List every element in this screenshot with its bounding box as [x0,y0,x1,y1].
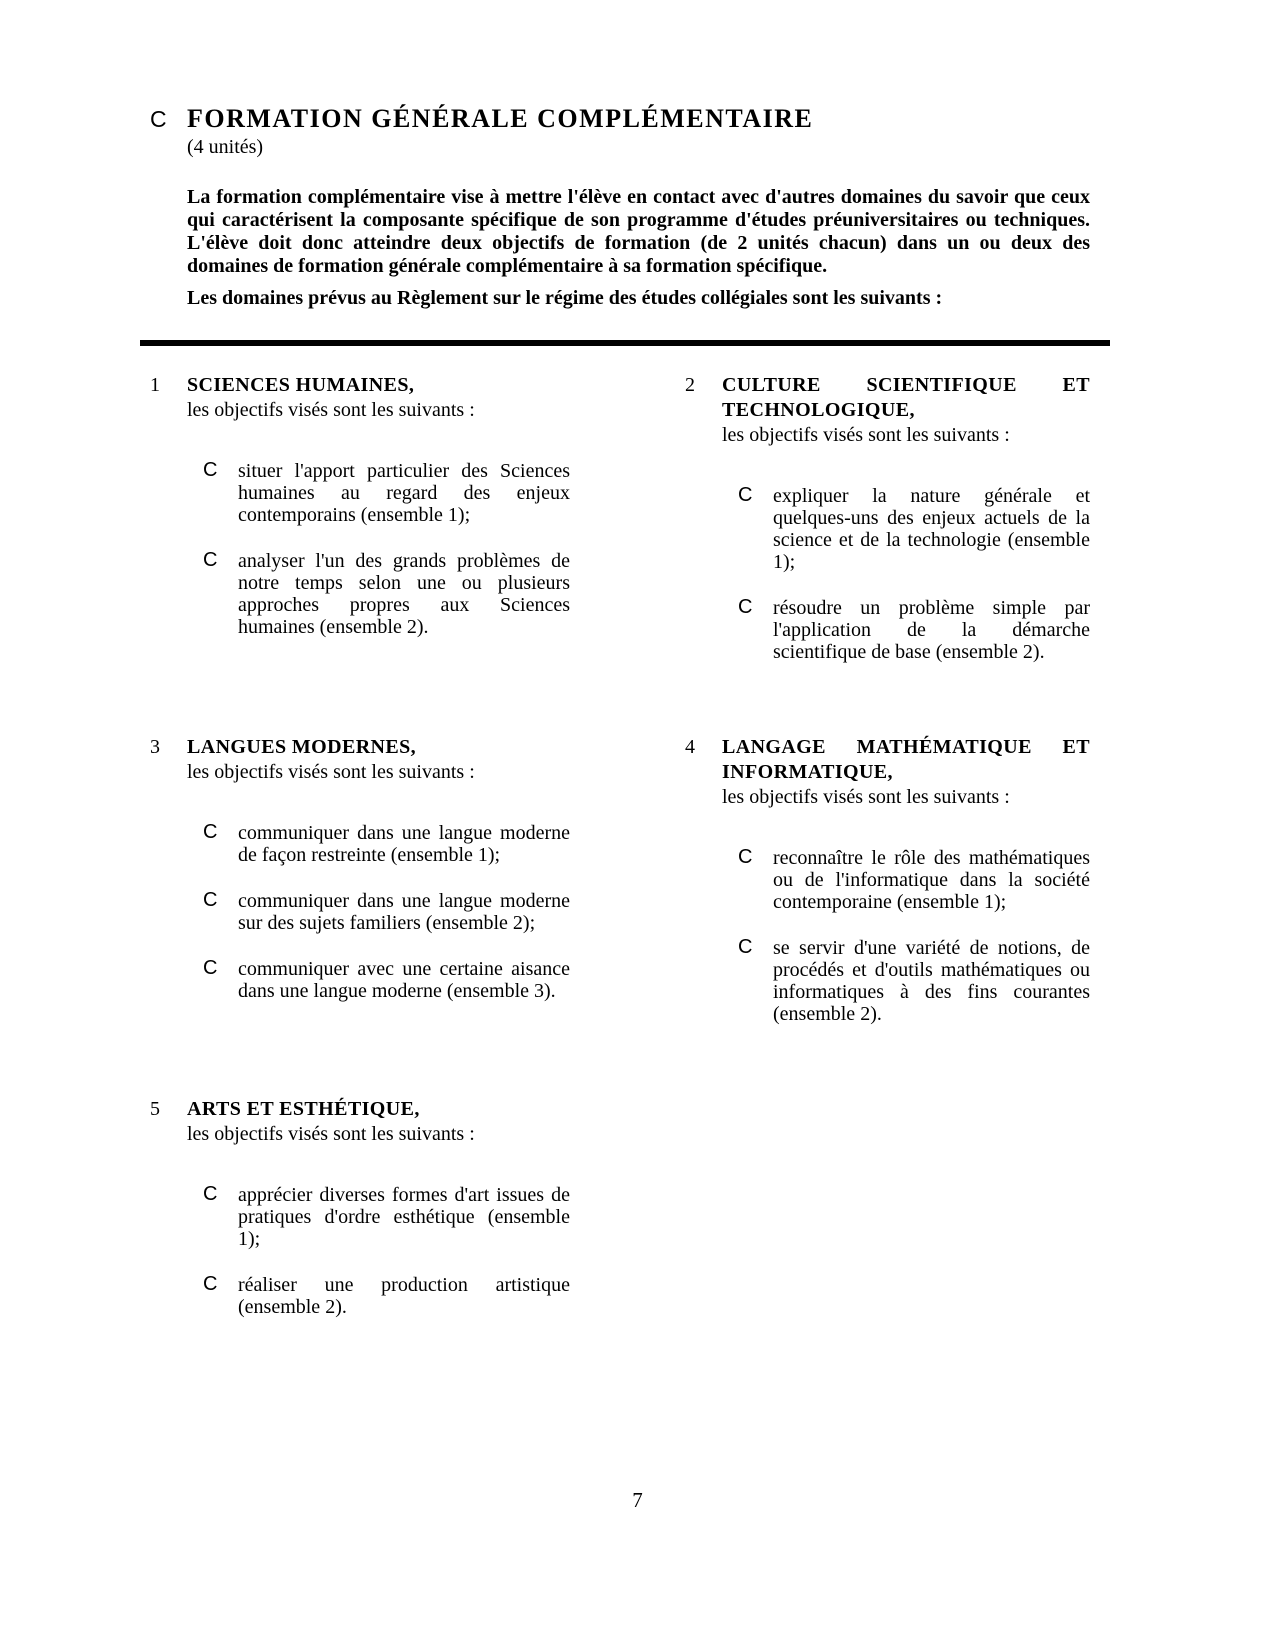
bullet-glyph: C [738,596,752,618]
document-page: C FORMATION GÉNÉRALE COMPLÉMENTAIRE (4 u… [0,0,1275,1650]
domain-title: LANGUES MODERNES, [187,735,570,760]
objective-item: C situer l'apport particulier des Scienc… [187,460,570,526]
objective-item: C communiquer dans une langue moderne de… [187,822,570,866]
domain-section-langues-modernes: 3 LANGUES MODERNES, les objectifs visés … [150,735,570,1025]
objective-text: reconnaître le rôle des mathématiques ou… [773,847,1090,913]
domain-number: 1 [150,373,187,398]
domain-body: LANGAGE MATHÉMATIQUE ET INFORMATIQUE, le… [722,735,1090,1025]
bullet-glyph: C [203,821,217,843]
page-title: FORMATION GÉNÉRALE COMPLÉMENTAIRE [187,105,813,133]
objective-text: réaliser une production artistique (ense… [238,1274,570,1318]
objective-item: C apprécier diverses formes d'art issues… [187,1184,570,1250]
domain-section-arts-esthetique: 5 ARTS ET ESTHÉTIQUE, les objectifs visé… [150,1097,570,1318]
domain-number: 2 [685,373,722,398]
domain-section-culture-scientifique: 2 CULTURE SCIENTIFIQUE ET TECHNOLOGIQUE,… [685,373,1090,663]
domain-title: ARTS ET ESTHÉTIQUE, [187,1097,570,1122]
domain-subtitle: les objectifs visés sont les suivants : [187,1122,570,1147]
header-title-block: FORMATION GÉNÉRALE COMPLÉMENTAIRE (4 uni… [187,105,813,159]
document-header: C FORMATION GÉNÉRALE COMPLÉMENTAIRE (4 u… [150,0,1090,159]
objective-item: C expliquer la nature générale et quelqu… [722,485,1090,573]
domain-body: LANGUES MODERNES, les objectifs visés so… [187,735,570,1002]
objective-item: C communiquer avec une certaine aisance … [187,958,570,1002]
intro-paragraph: La formation complémentaire vise à mettr… [187,186,1090,278]
objective-item: C reconnaître le rôle des mathématiques … [722,847,1090,913]
lead-sentence: Les domaines prévus au Règlement sur le … [187,287,1090,310]
bullet-glyph: C [203,1183,217,1205]
objective-text: apprécier diverses formes d'art issues d… [238,1184,570,1250]
domain-subtitle: les objectifs visés sont les suivants : [722,785,1090,810]
domain-number: 5 [150,1097,187,1122]
domain-title: CULTURE SCIENTIFIQUE ET TECHNOLOGIQUE, [722,373,1090,423]
objective-item: C réaliser une production artistique (en… [187,1274,570,1318]
domain-section-sciences-humaines: 1 SCIENCES HUMAINES, les objectifs visés… [150,373,570,663]
domain-title: LANGAGE MATHÉMATIQUE ET INFORMATIQUE, [722,735,1090,785]
objective-item: C analyser l'un des grands problèmes de … [187,550,570,638]
bullet-glyph: C [203,889,217,911]
page-number: 7 [0,1488,1275,1513]
domain-number: 4 [685,735,722,760]
page-content: C FORMATION GÉNÉRALE COMPLÉMENTAIRE (4 u… [150,0,1090,1318]
domain-section-langage-mathematique: 4 LANGAGE MATHÉMATIQUE ET INFORMATIQUE, … [685,735,1090,1025]
objective-text: communiquer avec une certaine aisance da… [238,958,570,1002]
units-note: (4 unités) [187,135,813,159]
domain-body: ARTS ET ESTHÉTIQUE, les objectifs visés … [187,1097,570,1318]
objective-item: C communiquer dans une langue moderne su… [187,890,570,934]
domain-number: 3 [150,735,187,760]
objective-item: C résoudre un problème simple par l'appl… [722,597,1090,663]
bullet-glyph: C [203,549,217,571]
bullet-glyph: C [738,484,752,506]
objective-text: analyser l'un des grands problèmes de no… [238,550,570,638]
domain-subtitle: les objectifs visés sont les suivants : [722,423,1090,448]
domain-body: CULTURE SCIENTIFIQUE ET TECHNOLOGIQUE, l… [722,373,1090,663]
domain-subtitle: les objectifs visés sont les suivants : [187,398,570,423]
objective-text: communiquer dans une langue moderne sur … [238,890,570,934]
objective-text: situer l'apport particulier des Sciences… [238,460,570,526]
objective-text: se servir d'une variété de notions, de p… [773,937,1090,1025]
bullet-glyph: C [203,1273,217,1295]
objective-text: expliquer la nature générale et quelques… [773,485,1090,573]
objective-text: résoudre un problème simple par l'applic… [773,597,1090,663]
domains-grid: 1 SCIENCES HUMAINES, les objectifs visés… [150,373,1090,1318]
bullet-glyph: C [203,957,217,979]
bullet-glyph: C [738,936,752,958]
bullet-glyph: C [738,846,752,868]
bullet-glyph: C [203,459,217,481]
objective-text: communiquer dans une langue moderne de f… [238,822,570,866]
header-prefix-glyph: C [150,105,187,159]
domain-subtitle: les objectifs visés sont les suivants : [187,760,570,785]
domain-title: SCIENCES HUMAINES, [187,373,570,398]
objective-item: C se servir d'une variété de notions, de… [722,937,1090,1025]
domain-body: SCIENCES HUMAINES, les objectifs visés s… [187,373,570,638]
horizontal-rule [140,340,1110,346]
